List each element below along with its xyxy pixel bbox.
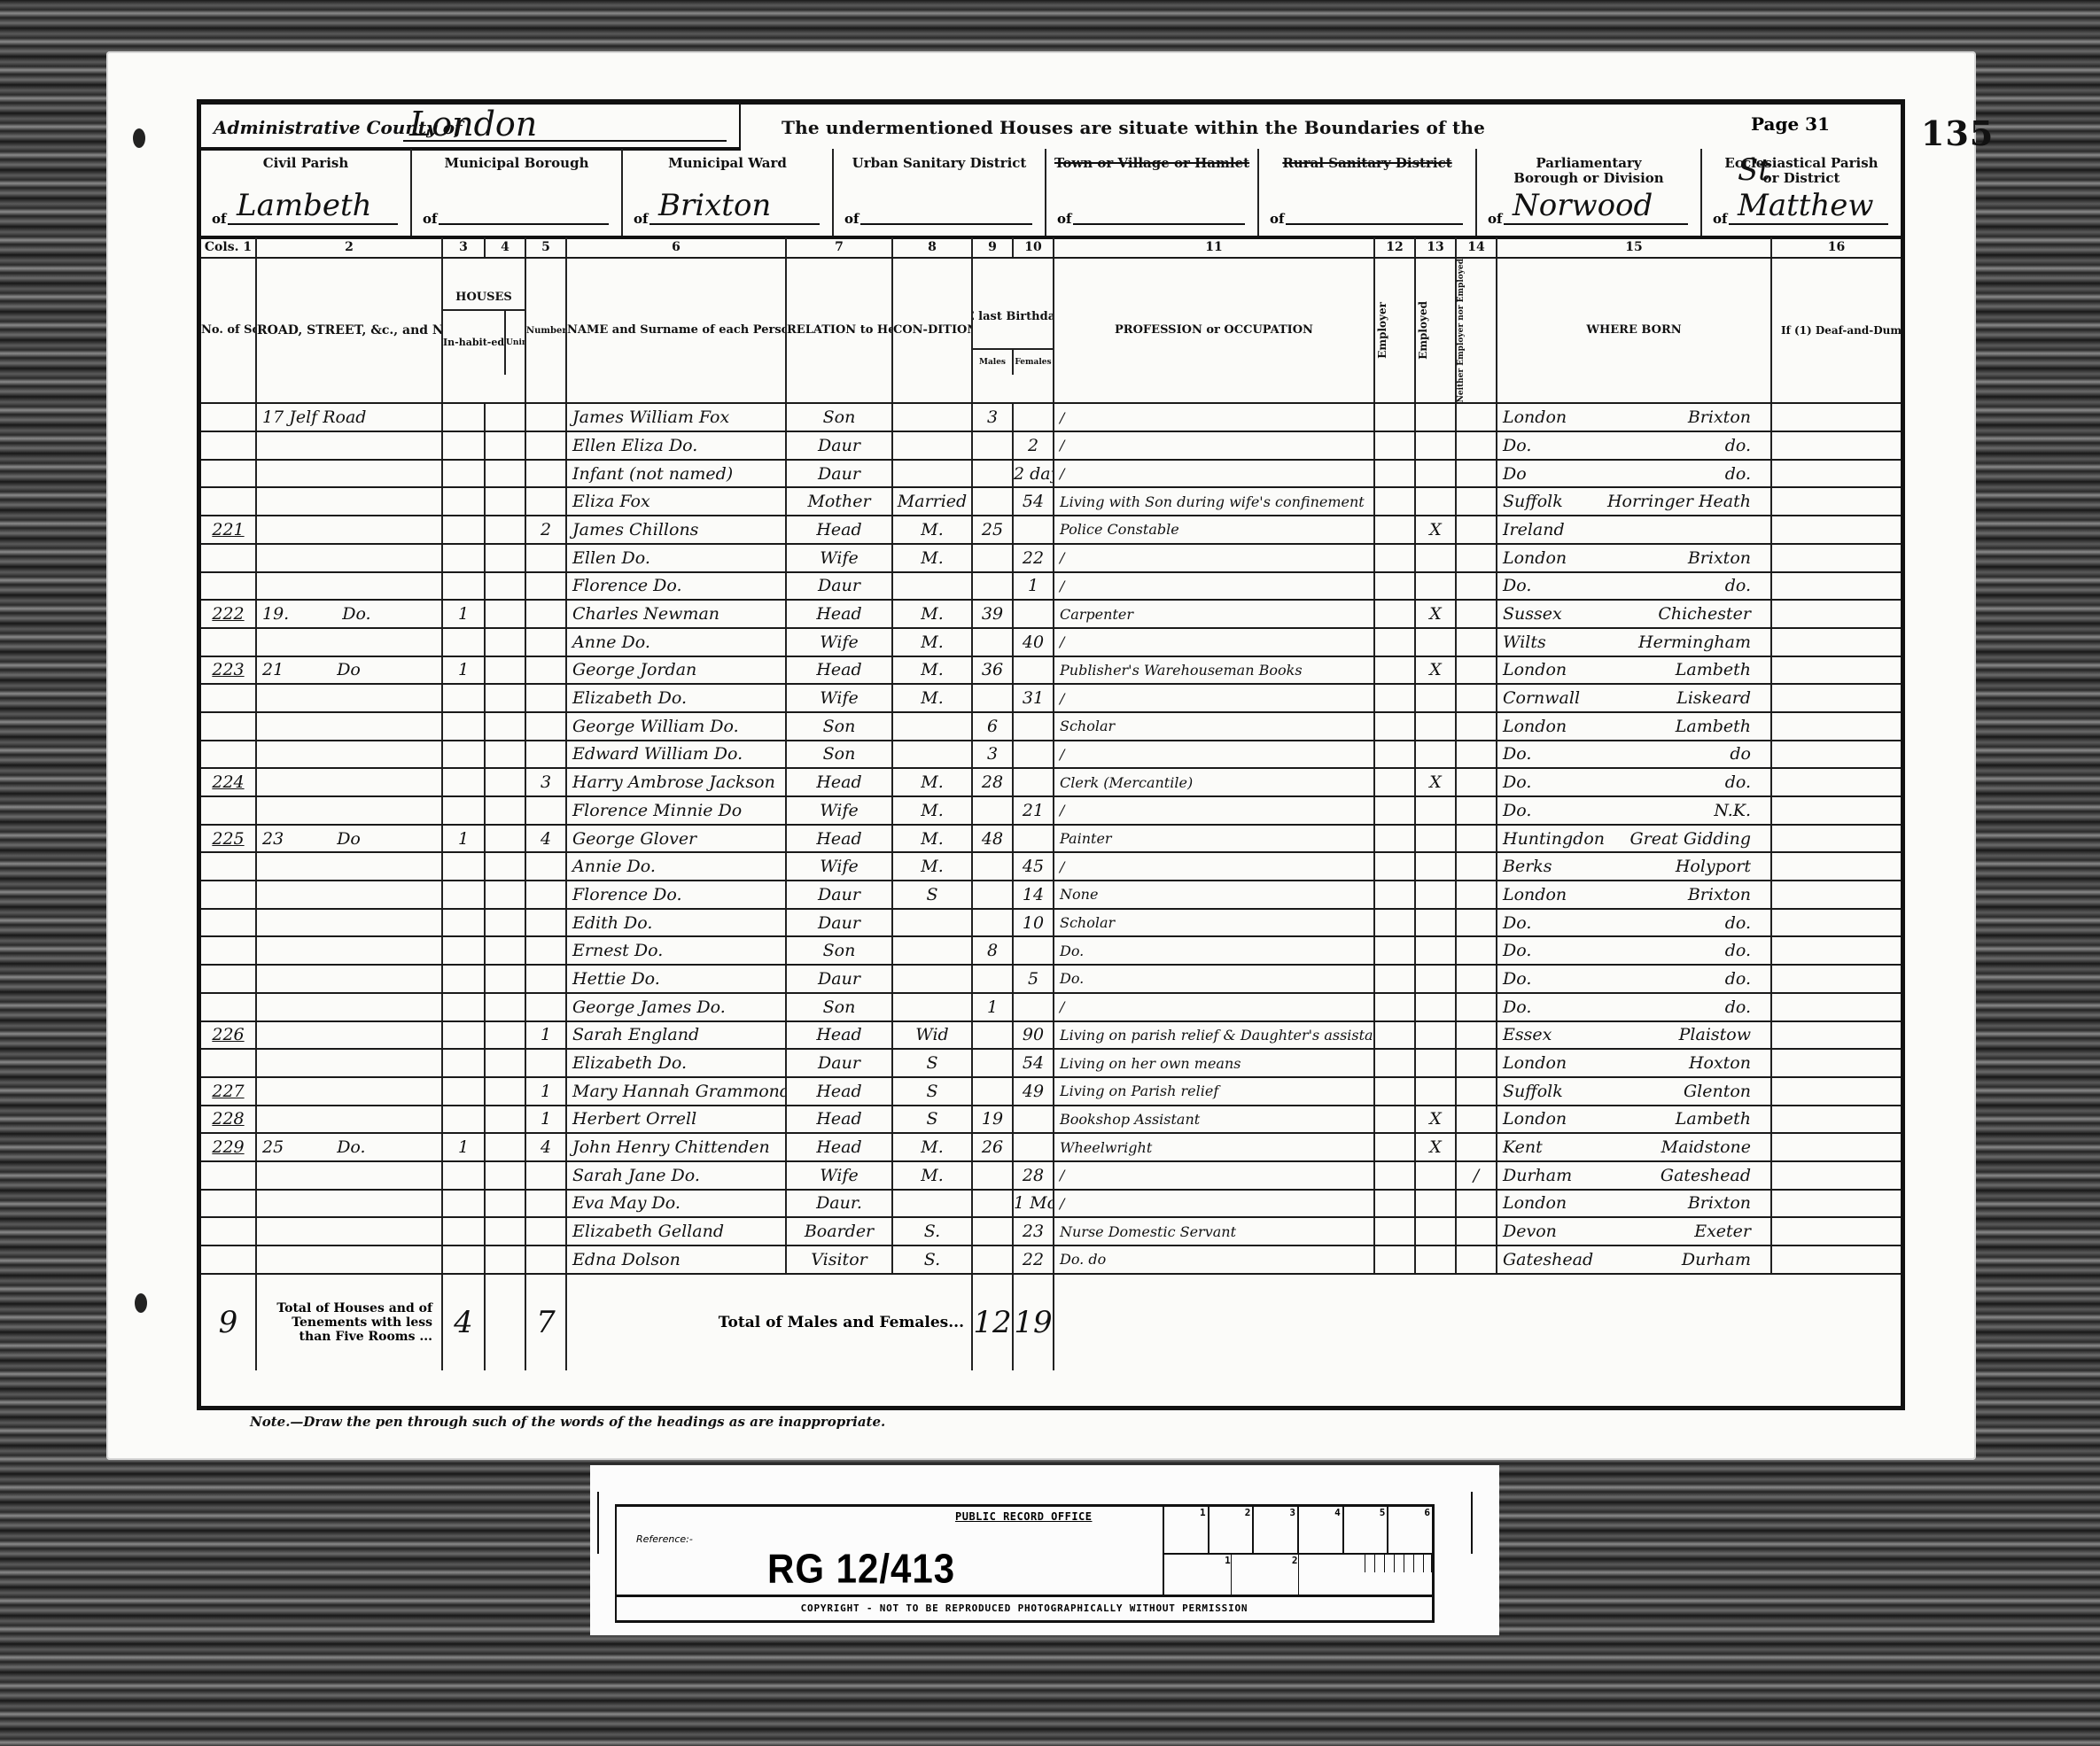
col-number: 5: [525, 237, 566, 258]
relation-cell: Mother: [786, 487, 892, 516]
scale-inches: 1 2 3 4 5 6: [1164, 1507, 1432, 1555]
inhabited-cell: [442, 965, 485, 993]
rooms-cell: [525, 741, 566, 769]
occupation-cell: Publisher's Warehouseman Books: [1054, 656, 1374, 685]
born-county: Kent: [1503, 1137, 1614, 1157]
of-label: of: [423, 211, 437, 227]
scale-cm: 1 2: [1164, 1555, 1432, 1595]
sched-cell: 229: [201, 1133, 256, 1161]
inhabited-cell: [442, 1245, 485, 1274]
inhabited-cell: [442, 852, 485, 881]
female-age-cell: [1013, 825, 1054, 853]
name-cell: Elizabeth Do.: [566, 1049, 786, 1077]
infirmity-cell: [1771, 628, 1901, 656]
male-age-cell: [972, 881, 1013, 909]
header-band: Administrative County of London The unde…: [201, 105, 1901, 149]
inhabited-cell: [442, 881, 485, 909]
occupation-cell: Living on her own means: [1054, 1049, 1374, 1077]
relation-cell: Son: [786, 403, 892, 431]
condition-cell: M.: [892, 628, 972, 656]
name-cell: Edward William Do.: [566, 741, 786, 769]
born-county: London: [1503, 1053, 1614, 1073]
rooms-cell: [525, 909, 566, 937]
relation-cell: Wife: [786, 684, 892, 712]
condition-cell: M.: [892, 600, 972, 628]
rooms-cell: 1: [525, 1021, 566, 1050]
reference-frame: PUBLIC RECORD OFFICE Reference:- RG 12/4…: [615, 1504, 1435, 1623]
relation-cell: Wife: [786, 852, 892, 881]
where-born-cell: Dodo.: [1497, 460, 1771, 488]
address-cell: [256, 431, 442, 460]
where-born-cell: Do.do: [1497, 741, 1771, 769]
col-number: 6: [566, 237, 786, 258]
neither-cell: [1456, 1021, 1497, 1050]
header-uninhabited: Unin-habited (U.), or Building (B.): [506, 311, 525, 375]
binding-hole: [135, 1293, 147, 1313]
born-county: Devon: [1503, 1222, 1614, 1241]
relation-cell: Daur: [786, 965, 892, 993]
employed-cell: X: [1415, 768, 1456, 796]
rooms-cell: [525, 712, 566, 741]
female-age-cell: 1 Mo: [1013, 1190, 1054, 1218]
employer-cell: [1374, 881, 1415, 909]
rooms-cell: [525, 1190, 566, 1218]
sched-cell: [201, 993, 256, 1021]
female-age-cell: 40: [1013, 628, 1054, 656]
born-place: Gateshead: [1661, 1166, 1751, 1185]
column-number-row: Cols. 1 2 3 4 5 6 7 8 9 10 11 12 13 14 1…: [201, 237, 1901, 258]
where-born-cell: SuffolkGlenton: [1497, 1077, 1771, 1106]
condition-cell: [892, 572, 972, 601]
address-cell: [256, 796, 442, 825]
inhabited-cell: [442, 487, 485, 516]
address-cell: [256, 909, 442, 937]
district-civil-parish: Civil Parish of Lambeth: [201, 149, 412, 236]
neither-cell: [1456, 600, 1497, 628]
where-born-cell: HuntingdonGreat Gidding: [1497, 825, 1771, 853]
inhabited-cell: [442, 1217, 485, 1245]
condition-cell: M.: [892, 544, 972, 572]
neither-cell: [1456, 768, 1497, 796]
column-header-row: No. of Schedule ROAD, STREET, &c., and N…: [201, 258, 1901, 403]
born-place: do: [1730, 744, 1751, 764]
district-municipal-ward: Municipal Ward of Brixton: [623, 149, 834, 236]
inhabited-cell: [442, 628, 485, 656]
inhabited-cell: [442, 741, 485, 769]
occupation-cell: Wheelwright: [1054, 1133, 1374, 1161]
born-county: London: [1503, 407, 1614, 427]
uninhabited-cell: [485, 600, 525, 628]
born-county: Do: [1503, 464, 1614, 484]
census-row: Ellen Eliza Do.Daur2/Do.do.: [201, 431, 1901, 460]
condition-cell: M.: [892, 656, 972, 685]
relation-cell: Daur: [786, 572, 892, 601]
male-age-cell: [972, 460, 1013, 488]
occupation-cell: /: [1054, 852, 1374, 881]
infirmity-cell: [1771, 768, 1901, 796]
female-age-cell: [1013, 768, 1054, 796]
born-county: Do.: [1503, 436, 1614, 455]
born-county: Durham: [1503, 1166, 1614, 1185]
employer-cell: [1374, 516, 1415, 544]
born-county: Do.: [1503, 941, 1614, 960]
occupation-cell: /: [1054, 684, 1374, 712]
census-table: Cols. 1 2 3 4 5 6 7 8 9 10 11 12 13 14 1…: [201, 237, 1901, 1370]
sched-cell: [201, 965, 256, 993]
condition-cell: S.: [892, 1245, 972, 1274]
uninhabited-cell: [485, 431, 525, 460]
infirmity-cell: [1771, 993, 1901, 1021]
inhabited-cell: [442, 1077, 485, 1106]
where-born-cell: Do.do.: [1497, 909, 1771, 937]
address-cell: [256, 544, 442, 572]
address-cell: 23Do: [256, 825, 442, 853]
female-age-cell: 5: [1013, 965, 1054, 993]
inhabited-cell: [442, 1021, 485, 1050]
uninhabited-cell: [485, 1161, 525, 1190]
sched-cell: 223: [201, 656, 256, 685]
employed-cell: [1415, 572, 1456, 601]
census-row: Anne Do.WifeM.40/WiltsHermingham: [201, 628, 1901, 656]
employed-cell: [1415, 936, 1456, 965]
inhabited-cell: [442, 936, 485, 965]
rooms-cell: [525, 1049, 566, 1077]
address-cell: [256, 684, 442, 712]
district-label: Rural Sanitary District: [1259, 156, 1475, 171]
condition-cell: [892, 909, 972, 937]
born-county: London: [1503, 717, 1614, 736]
district-label: Municipal Borough: [412, 156, 621, 171]
address-cell: [256, 1106, 442, 1134]
rooms-cell: [525, 628, 566, 656]
employer-cell: [1374, 544, 1415, 572]
born-county: London: [1503, 660, 1614, 679]
neither-cell: [1456, 684, 1497, 712]
name-cell: James Chillons: [566, 516, 786, 544]
sched-cell: [201, 628, 256, 656]
total-rooms: 7: [525, 1274, 566, 1370]
female-age-cell: 54: [1013, 487, 1054, 516]
relation-cell: Head: [786, 1077, 892, 1106]
occupation-cell: /: [1054, 1190, 1374, 1218]
male-age-cell: [972, 628, 1013, 656]
uninhabited-cell: [485, 684, 525, 712]
neither-cell: [1456, 1190, 1497, 1218]
occupation-cell: Do.: [1054, 936, 1374, 965]
male-age-cell: [972, 1161, 1013, 1190]
condition-cell: [892, 1190, 972, 1218]
employed-cell: [1415, 993, 1456, 1021]
sched-cell: [201, 796, 256, 825]
census-row: 22925Do.14John Henry ChittendenHeadM.26W…: [201, 1133, 1901, 1161]
district-label: Urban Sanitary District: [834, 156, 1045, 171]
header-infirmity: If (1) Deaf-and-Dumb (2) Blind (3) Lunat…: [1771, 258, 1901, 403]
col-number: 16: [1771, 237, 1901, 258]
reference-number: RG 12/413: [767, 1546, 955, 1593]
born-county: Wilts: [1503, 632, 1614, 652]
where-born-cell: WiltsHermingham: [1497, 628, 1771, 656]
relation-cell: Wife: [786, 1161, 892, 1190]
occupation-cell: /: [1054, 572, 1374, 601]
occupation-cell: Bookshop Assistant: [1054, 1106, 1374, 1134]
rooms-cell: 4: [525, 1133, 566, 1161]
employed-cell: [1415, 684, 1456, 712]
born-county: London: [1503, 1109, 1614, 1129]
employer-cell: [1374, 656, 1415, 685]
employer-cell: [1374, 1106, 1415, 1134]
rooms-cell: [525, 487, 566, 516]
name-cell: George William Do.: [566, 712, 786, 741]
infirmity-cell: [1771, 1217, 1901, 1245]
employed-cell: [1415, 965, 1456, 993]
condition-cell: [892, 712, 972, 741]
uninhabited-cell: [485, 909, 525, 937]
census-row: Annie Do.WifeM.45/BerksHolyport: [201, 852, 1901, 881]
where-born-cell: LondonBrixton: [1497, 403, 1771, 431]
female-age-cell: 45: [1013, 852, 1054, 881]
census-row: Eva May Do.Daur.1 Mo/LondonBrixton: [201, 1190, 1901, 1218]
occupation-cell: /: [1054, 460, 1374, 488]
female-age-cell: 31: [1013, 684, 1054, 712]
employer-cell: [1374, 487, 1415, 516]
census-row: George James Do.Son1/Do.do.: [201, 993, 1901, 1021]
census-row: Edna DolsonVisitorS.22Do. doGatesheadDur…: [201, 1245, 1901, 1274]
female-age-cell: [1013, 1106, 1054, 1134]
employer-cell: [1374, 684, 1415, 712]
employed-cell: [1415, 1049, 1456, 1077]
where-born-cell: DurhamGateshead: [1497, 1161, 1771, 1190]
sched-cell: [201, 1049, 256, 1077]
uninhabited-cell: [485, 936, 525, 965]
condition-cell: M.: [892, 1161, 972, 1190]
male-age-cell: [972, 796, 1013, 825]
employed-cell: [1415, 1245, 1456, 1274]
census-row: 2261Sarah EnglandHeadWid90Living on pari…: [201, 1021, 1901, 1050]
census-row: 17 Jelf RoadJames William FoxSon3/London…: [201, 403, 1901, 431]
address-cell: 17 Jelf Road: [256, 403, 442, 431]
address-cell: [256, 965, 442, 993]
inhabited-cell: 1: [442, 600, 485, 628]
address-cell: [256, 1161, 442, 1190]
census-row: Ernest Do.Son8Do.Do.do.: [201, 936, 1901, 965]
district-label: Municipal Ward: [623, 156, 832, 171]
uninhabited-cell: [485, 1077, 525, 1106]
occupation-cell: Clerk (Mercantile): [1054, 768, 1374, 796]
relation-cell: Daur: [786, 431, 892, 460]
census-row: 2212James ChillonsHeadM.25Police Constab…: [201, 516, 1901, 544]
name-cell: Eliza Fox: [566, 487, 786, 516]
of-label: of: [1270, 211, 1284, 227]
born-place: Hoxton: [1689, 1053, 1751, 1073]
employed-cell: [1415, 881, 1456, 909]
uninhabited-cell: [485, 572, 525, 601]
occupation-cell: Living with Son during wife's confinemen…: [1054, 487, 1374, 516]
address-cell: [256, 1021, 442, 1050]
neither-cell: [1456, 1245, 1497, 1274]
relation-cell: Daur: [786, 909, 892, 937]
name-cell: Florence Do.: [566, 572, 786, 601]
uninhabited-cell: [485, 1049, 525, 1077]
relation-cell: Daur: [786, 460, 892, 488]
infirmity-cell: [1771, 487, 1901, 516]
employer-cell: [1374, 712, 1415, 741]
infirmity-cell: [1771, 572, 1901, 601]
sched-cell: 221: [201, 516, 256, 544]
infirmity-cell: [1771, 965, 1901, 993]
header-condition: CON-DITION as to Marriage: [892, 258, 972, 403]
reference-card: PUBLIC RECORD OFFICE Reference:- RG 12/4…: [590, 1465, 1499, 1635]
sched-cell: 224: [201, 768, 256, 796]
male-age-cell: [972, 1245, 1013, 1274]
name-cell: Charles Newman: [566, 600, 786, 628]
born-county: Suffolk: [1503, 492, 1607, 511]
employer-cell: [1374, 1245, 1415, 1274]
condition-cell: [892, 431, 972, 460]
total-uninhabited: [485, 1274, 525, 1370]
infirmity-cell: [1771, 1049, 1901, 1077]
female-age-cell: 22: [1013, 544, 1054, 572]
sched-cell: 225: [201, 825, 256, 853]
sched-cell: 226: [201, 1021, 256, 1050]
condition-cell: S.: [892, 1217, 972, 1245]
footnote: Note.—Draw the pen through such of the w…: [250, 1414, 885, 1430]
uninhabited-cell: [485, 965, 525, 993]
relation-cell: Head: [786, 656, 892, 685]
uninhabited-cell: [485, 544, 525, 572]
female-age-cell: 2 days: [1013, 460, 1054, 488]
rooms-cell: [525, 684, 566, 712]
neither-cell: /: [1456, 1161, 1497, 1190]
infirmity-cell: [1771, 1021, 1901, 1050]
infirmity-cell: [1771, 1133, 1901, 1161]
infirmity-cell: [1771, 936, 1901, 965]
male-age-cell: [972, 1077, 1013, 1106]
rooms-cell: [525, 1245, 566, 1274]
uninhabited-cell: [485, 852, 525, 881]
uninhabited-cell: [485, 1021, 525, 1050]
address-cell: [256, 881, 442, 909]
rooms-cell: 1: [525, 1077, 566, 1106]
of-label: of: [1057, 211, 1071, 227]
employed-cell: [1415, 741, 1456, 769]
sched-cell: [201, 684, 256, 712]
measurement-scale: 1 2 3 4 5 6 1 2: [1163, 1507, 1432, 1595]
occupation-cell: Nurse Domestic Servant: [1054, 1217, 1374, 1245]
uninhabited-cell: [485, 741, 525, 769]
employer-cell: [1374, 796, 1415, 825]
inhabited-cell: [442, 993, 485, 1021]
inhabited-cell: [442, 572, 485, 601]
employer-cell: [1374, 1133, 1415, 1161]
header-relation: RELATION to Head of Family: [786, 258, 892, 403]
born-place: Glenton: [1684, 1082, 1751, 1101]
census-row: Florence Do.DaurS14NoneLondonBrixton: [201, 881, 1901, 909]
born-county: Ireland: [1503, 520, 1614, 539]
inhabited-cell: [442, 909, 485, 937]
relation-cell: Son: [786, 741, 892, 769]
address-cell: 25Do.: [256, 1133, 442, 1161]
where-born-cell: Do.do.: [1497, 572, 1771, 601]
rooms-cell: 2: [525, 516, 566, 544]
district-town-village: Town or Village or Hamlet of: [1046, 149, 1259, 236]
uninhabited-cell: [485, 712, 525, 741]
name-cell: Ellen Do.: [566, 544, 786, 572]
rooms-cell: [525, 460, 566, 488]
female-age-cell: 1: [1013, 572, 1054, 601]
header-where-born: WHERE BORN: [1497, 258, 1771, 403]
uninhabited-cell: [485, 993, 525, 1021]
male-age-cell: 3: [972, 403, 1013, 431]
occupation-cell: Living on Parish relief: [1054, 1077, 1374, 1106]
female-age-cell: 10: [1013, 909, 1054, 937]
of-label: of: [634, 211, 648, 227]
female-age-cell: [1013, 712, 1054, 741]
of-label: of: [844, 211, 859, 227]
condition-cell: M.: [892, 1133, 972, 1161]
uninhabited-cell: [485, 796, 525, 825]
col-number: 8: [892, 237, 972, 258]
census-row: Sarah Jane Do.WifeM.28//DurhamGateshead: [201, 1161, 1901, 1190]
infirmity-cell: [1771, 1245, 1901, 1274]
born-place: Brixton: [1688, 885, 1751, 904]
relation-cell: Daur: [786, 1049, 892, 1077]
name-cell: Ernest Do.: [566, 936, 786, 965]
name-cell: Hettie Do.: [566, 965, 786, 993]
neither-cell: [1456, 487, 1497, 516]
where-born-cell: LondonLambeth: [1497, 656, 1771, 685]
neither-cell: [1456, 993, 1497, 1021]
employer-cell: [1374, 965, 1415, 993]
male-age-cell: [972, 572, 1013, 601]
uninhabited-cell: [485, 881, 525, 909]
rooms-cell: [525, 965, 566, 993]
uninhabited-cell: [485, 403, 525, 431]
male-age-cell: [972, 909, 1013, 937]
employer-cell: [1374, 403, 1415, 431]
employer-cell: [1374, 1161, 1415, 1190]
employed-cell: [1415, 460, 1456, 488]
male-age-cell: [972, 684, 1013, 712]
header-males: Males: [973, 350, 1014, 375]
condition-cell: M.: [892, 516, 972, 544]
district-value: Lambeth: [237, 188, 372, 223]
address-cell: [256, 741, 442, 769]
neither-cell: [1456, 1217, 1497, 1245]
col-number: 15: [1497, 237, 1771, 258]
col-number: 4: [485, 237, 525, 258]
rooms-cell: [525, 993, 566, 1021]
col-number: 11: [1054, 237, 1374, 258]
male-age-cell: [972, 852, 1013, 881]
condition-cell: S: [892, 1106, 972, 1134]
sched-cell: [201, 909, 256, 937]
name-cell: Mary Hannah Grammond: [566, 1077, 786, 1106]
census-row: Edith Do.Daur10ScholarDo.do.: [201, 909, 1901, 937]
uninhabited-cell: [485, 1245, 525, 1274]
born-county: Do.: [1503, 969, 1614, 989]
born-place: Hermingham: [1638, 632, 1751, 652]
male-age-cell: 28: [972, 768, 1013, 796]
census-row: 22219.Do.1Charles NewmanHeadM.39Carpente…: [201, 600, 1901, 628]
born-county: Essex: [1503, 1025, 1614, 1044]
folio-number: 135: [1921, 113, 1994, 153]
col-number: 13: [1415, 237, 1456, 258]
employed-cell: [1415, 825, 1456, 853]
col-number: 10: [1013, 237, 1054, 258]
header-neither: Neither Employer nor Employed: [1456, 258, 1497, 403]
born-county: Do.: [1503, 801, 1614, 820]
employer-cell: [1374, 1190, 1415, 1218]
